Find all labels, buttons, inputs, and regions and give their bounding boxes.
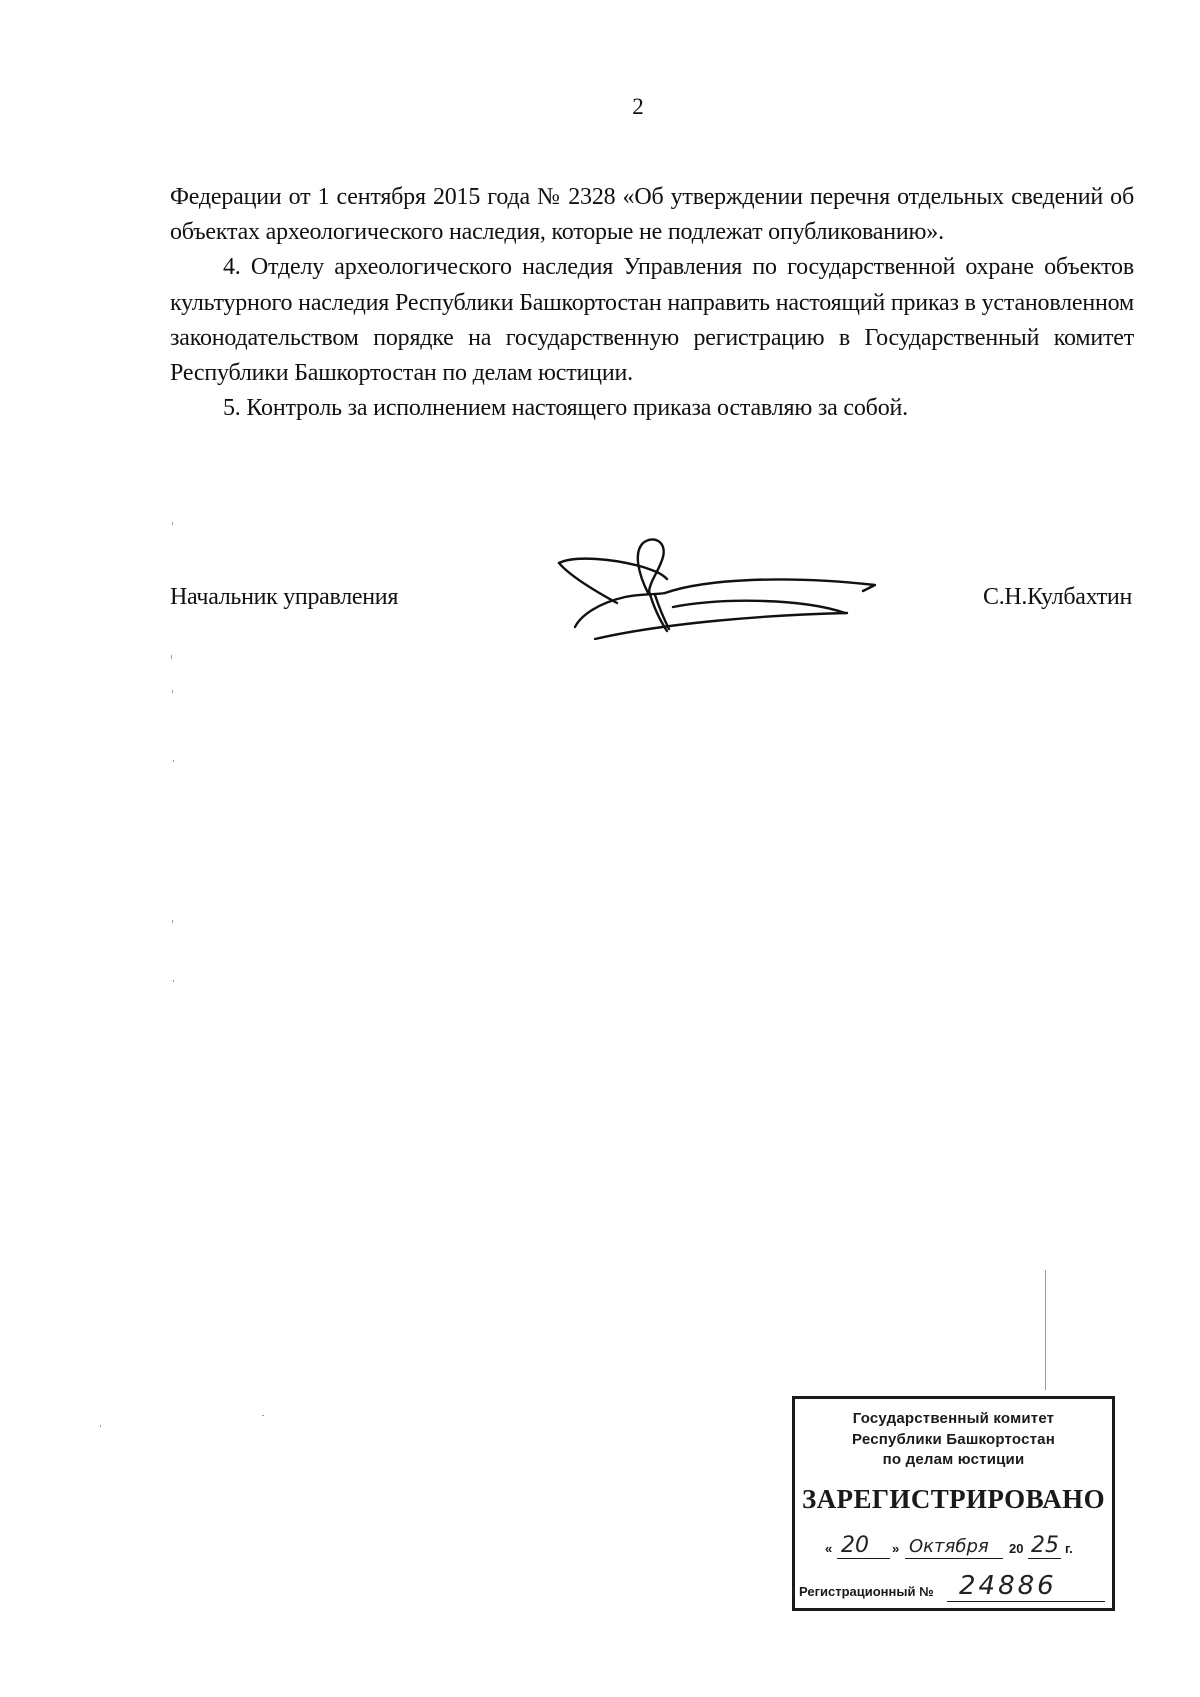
- page-number: 2: [0, 94, 1200, 120]
- date-month: Октября: [909, 1536, 989, 1557]
- stamp-org-line-3: по делам юстиции: [795, 1450, 1112, 1471]
- date-close-quote: »: [892, 1541, 899, 1556]
- registration-underline: [947, 1601, 1105, 1603]
- date-month-underline: [905, 1558, 1003, 1560]
- stamp-organization: Государственный комитет Республики Башко…: [795, 1409, 1112, 1471]
- stamp-org-line-2: Республики Башкортостан: [795, 1430, 1112, 1451]
- paragraph-item-4: 4. Отделу археологического наследия Упра…: [170, 250, 1134, 391]
- date-open-quote: «: [825, 1541, 832, 1556]
- date-year-suffix: 25: [1031, 1533, 1059, 1558]
- date-day-underline: [837, 1558, 890, 1560]
- stamp-org-line-1: Государственный комитет: [795, 1409, 1112, 1430]
- stamp-registration-row: Регистрационный № 24886: [799, 1572, 1109, 1602]
- paragraph-continuation: Федерации от 1 сентября 2015 года № 2328…: [170, 180, 1134, 250]
- signer-title: Начальник управления: [170, 582, 398, 612]
- registration-label: Регистрационный №: [799, 1584, 934, 1599]
- handwritten-signature-icon: [555, 535, 895, 640]
- date-day: 20: [841, 1533, 869, 1558]
- registration-stamp: Государственный комитет Республики Башко…: [792, 1396, 1115, 1611]
- date-year-unit: г.: [1065, 1541, 1073, 1556]
- document-body: Федерации от 1 сентября 2015 года № 2328…: [170, 180, 1134, 426]
- signer-name: С.Н.Кулбахтин: [983, 582, 1132, 612]
- stamp-date-row: « 20 » Октября 20 25 г.: [825, 1533, 1110, 1559]
- date-year-prefix: 20: [1009, 1541, 1023, 1556]
- paragraph-item-5: 5. Контроль за исполнением настоящего пр…: [170, 391, 1134, 426]
- registration-number: 24886: [959, 1571, 1057, 1601]
- stamp-title: ЗАРЕГИСТРИРОВАНО: [795, 1484, 1112, 1514]
- date-year-underline: [1028, 1558, 1061, 1560]
